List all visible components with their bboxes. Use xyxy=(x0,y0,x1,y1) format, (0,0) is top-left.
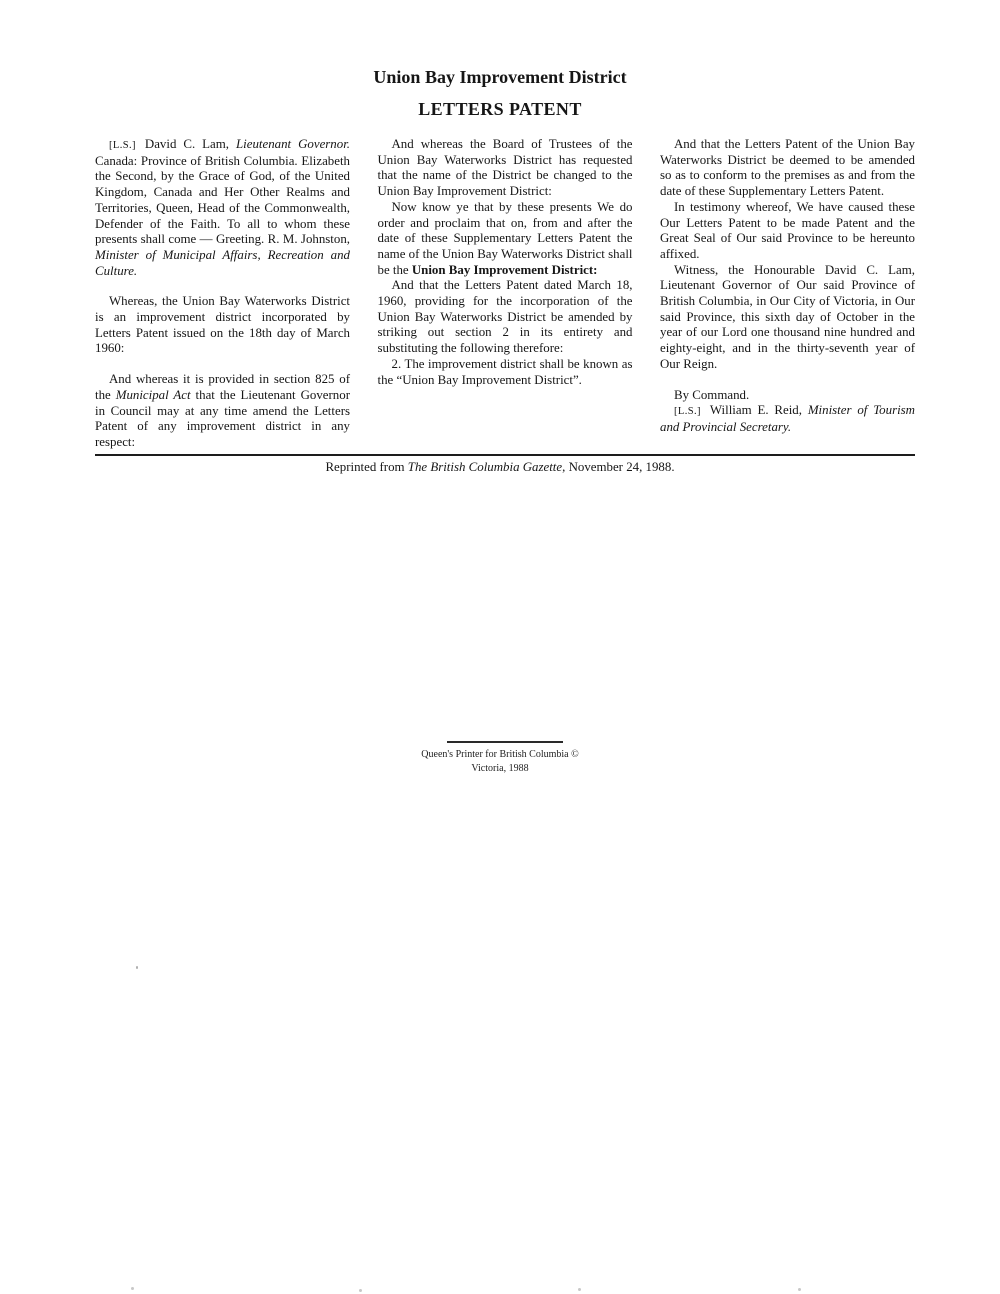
text-segment: And whereas the Board of Trustees of the… xyxy=(378,137,633,198)
text-segment: 2. The improvement district shall be kno… xyxy=(378,357,633,387)
horizontal-rule xyxy=(95,454,915,456)
text-segment: Witness, the Honourable David C. Lam, Li… xyxy=(660,263,915,371)
paragraph: And whereas the Board of Trustees of the… xyxy=(378,137,633,200)
text-segment: Lieutenant Governor. xyxy=(236,137,350,151)
text-segment: Reprinted from xyxy=(325,460,407,474)
text-segment: Municipal Act xyxy=(116,388,191,402)
scan-speck xyxy=(798,1288,801,1291)
text-columns: [L.S.]David C. Lam, Lieutenant Governor.… xyxy=(95,137,915,451)
text-segment: And that the Letters Patent dated March … xyxy=(378,278,633,355)
scan-speck xyxy=(359,1289,362,1292)
text-segment: Minister of Municipal Affairs, Recreatio… xyxy=(95,248,350,278)
printer-credit-line: Queen's Printer for British Columbia © xyxy=(421,749,578,760)
column-2: And whereas the Board of Trustees of the… xyxy=(378,137,633,451)
text-segment: Canada: Province of British Columbia. El… xyxy=(95,154,350,247)
text-segment: Union Bay Improvement District: xyxy=(412,263,598,277)
scan-speck xyxy=(578,1288,581,1291)
paragraph: And whereas it is provided in section 82… xyxy=(95,372,350,451)
text-segment: William E. Reid, xyxy=(710,403,808,417)
printer-location-line: Victoria, 1988 xyxy=(471,763,528,774)
page-subtitle: LETTERS PATENT xyxy=(0,99,1000,120)
paragraph: [L.S.]William E. Reid, Minister of Touri… xyxy=(660,403,915,435)
paragraph: Whereas, the Union Bay Waterworks Distri… xyxy=(95,294,350,357)
paragraph: [L.S.]David C. Lam, Lieutenant Governor.… xyxy=(95,137,350,279)
paragraph: Now know ye that by these presents We do… xyxy=(378,200,633,279)
paragraph: 2. The improvement district shall be kno… xyxy=(378,357,633,388)
text-segment: [L.S.] xyxy=(109,140,136,151)
printer-rule xyxy=(447,741,563,743)
text-segment: By Command. xyxy=(674,388,749,402)
scan-speck xyxy=(136,966,138,969)
text-segment: And that the Letters Patent of the Union… xyxy=(660,137,915,198)
document-page: Union Bay Improvement District LETTERS P… xyxy=(0,0,1000,1294)
paragraph: Witness, the Honourable David C. Lam, Li… xyxy=(660,263,915,373)
text-segment: Whereas, the Union Bay Waterworks Distri… xyxy=(95,294,350,355)
text-segment: The British Columbia Gazette xyxy=(408,460,562,474)
paragraph: And that the Letters Patent dated March … xyxy=(378,278,633,357)
text-segment: [L.S.] xyxy=(674,406,701,417)
paragraph: In testimony whereof, We have caused the… xyxy=(660,200,915,263)
page-title: Union Bay Improvement District xyxy=(0,67,1000,88)
text-segment: David C. Lam, xyxy=(145,137,236,151)
column-1: [L.S.]David C. Lam, Lieutenant Governor.… xyxy=(95,137,350,451)
paragraph: By Command. xyxy=(660,388,915,404)
scan-speck xyxy=(131,1287,134,1290)
text-segment: In testimony whereof, We have caused the… xyxy=(660,200,915,261)
paragraph: And that the Letters Patent of the Union… xyxy=(660,137,915,200)
printer-credit: Queen's Printer for British Columbia © V… xyxy=(0,748,1000,776)
reprint-source-line: Reprinted from The British Columbia Gaze… xyxy=(0,460,1000,475)
column-3: And that the Letters Patent of the Union… xyxy=(660,137,915,451)
text-segment: , November 24, 1988. xyxy=(562,460,674,474)
